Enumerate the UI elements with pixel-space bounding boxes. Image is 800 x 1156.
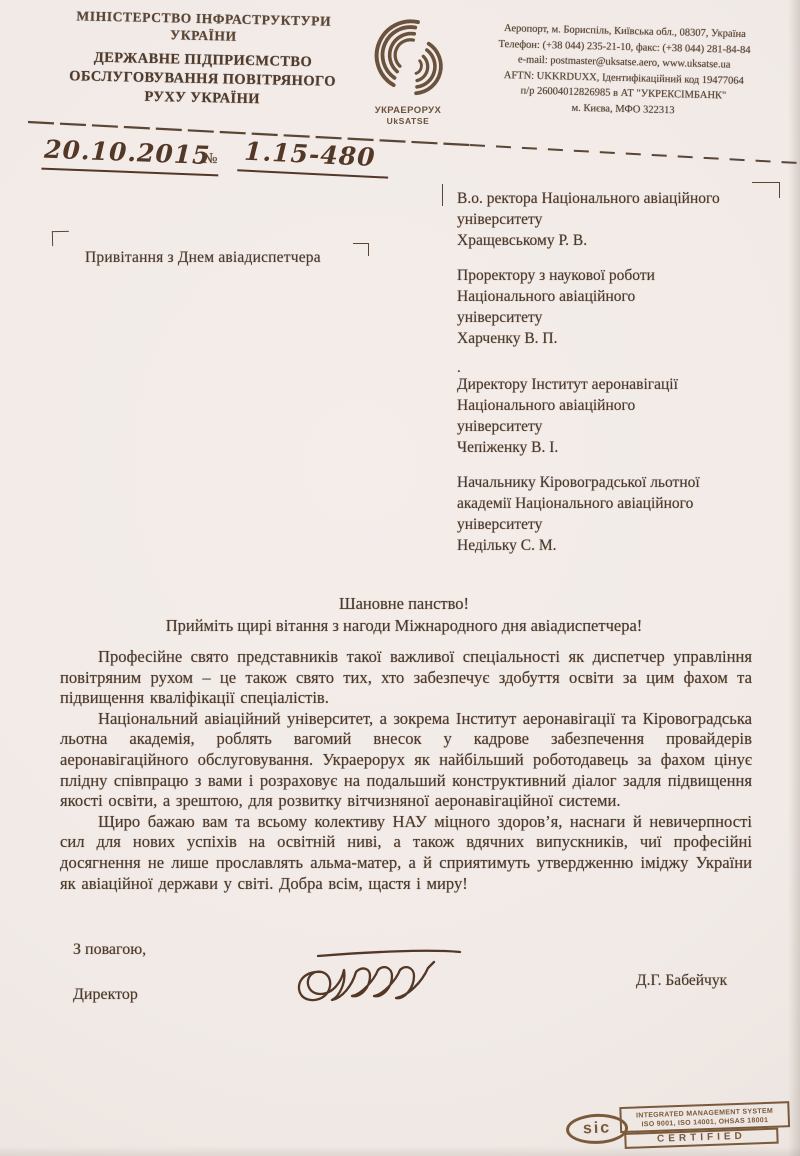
letter-body: Професійне свято представників такої важ…: [60, 647, 752, 894]
salutation-line-2: Прийміть щирі вітання з нагоди Міжнародн…: [54, 615, 754, 637]
closing-respect-text: З повагою,: [73, 941, 146, 959]
recipient-line: університету: [457, 416, 777, 437]
scan-edge-shadow-right: [788, 0, 800, 1156]
recipient-line: університету: [457, 209, 777, 230]
ref-date-handwritten: 20.10.2015: [41, 135, 219, 177]
logo-subtitle: UkSATSE: [358, 116, 458, 126]
letterhead-org-block: МІНІСТЕРСТВО ІНФРАСТРУКТУРИ УКРАЇНИ ДЕРЖ…: [51, 7, 355, 111]
subject-corner-mark-right: [353, 243, 369, 256]
salutation-block: Шановне панство! Прийміть щирі вітання з…: [54, 593, 754, 637]
uksatse-logo-block: УКРАЕРОРУХ UkSATSE: [358, 14, 458, 126]
recipient-rector: В.о. ректора Національного авіаційного у…: [457, 188, 777, 251]
signature-scribble-icon: [288, 942, 474, 1016]
recipient-vice-rector: Проректору з наукової роботи Національно…: [457, 265, 777, 349]
recipient-line: Недільку С. М.: [457, 535, 777, 556]
ref-number-handwritten: 1.15-480: [237, 136, 390, 178]
body-paragraph-3: Щиро бажаю вам та всьому колективу НАУ м…: [60, 812, 752, 894]
recipient-line: Директору Інститут аеронавігації: [457, 374, 777, 395]
recipient-line: Чепіженку В. І.: [457, 437, 777, 458]
recipient-line: Харченку В. П.: [457, 328, 777, 349]
ref-number-sign: №: [203, 151, 217, 168]
letterhead-contacts-block: Аеропорт, м. Бориспіль, Київська обл., 0…: [451, 20, 797, 121]
signer-title: Директор: [73, 986, 138, 1004]
certification-stamp: sic INTEGRATED MANAGEMENT SYSTEM ISO 900…: [565, 1099, 794, 1153]
subject-line: Привітання з Днем авіадиспетчера: [85, 249, 321, 267]
scan-edge-shadow-bottom: [0, 1146, 800, 1156]
recipient-line: університету: [457, 307, 777, 328]
stray-period-mark: .: [457, 363, 777, 374]
salutation-line-1: Шановне панство!: [54, 593, 754, 615]
logo-title: УКРАЕРОРУХ: [358, 105, 458, 116]
recipient-line: Начальнику Кіровоградської льотної: [457, 472, 777, 493]
scanned-letter-page: МІНІСТЕРСТВО ІНФРАСТРУКТУРИ УКРАЇНИ ДЕРЖ…: [0, 0, 800, 1156]
recipient-line: Національного авіаційного: [457, 286, 777, 307]
sic-logo-icon: sic: [566, 1113, 629, 1145]
body-paragraph-2: Національний авіаційний університет, а з…: [60, 709, 752, 812]
subject-corner-mark-left: [52, 231, 69, 246]
recipient-line: Проректору з наукової роботи: [457, 265, 777, 286]
recipient-line: університету: [457, 514, 777, 535]
signer-name: Д.Г. Бабейчук: [636, 972, 727, 990]
recipient-line: Хращевському Р. В.: [457, 230, 777, 251]
recipients-block: В.о. ректора Національного авіаційного у…: [457, 188, 777, 570]
recipient-line: Національного авіаційного: [457, 395, 777, 416]
recipient-institute-director: Директору Інститут аеронавігації Націона…: [457, 374, 777, 458]
recipient-academy-head: Начальнику Кіровоградської льотної акаде…: [457, 472, 777, 556]
uksatse-logo-icon: [363, 14, 453, 104]
recipient-line: академії Національного авіаційного: [457, 493, 777, 514]
body-paragraph-1: Професійне свято представників такої важ…: [60, 647, 752, 709]
recipient-line: В.о. ректора Національного авіаційного: [457, 188, 777, 209]
address-corner-mark-left: [442, 184, 445, 206]
